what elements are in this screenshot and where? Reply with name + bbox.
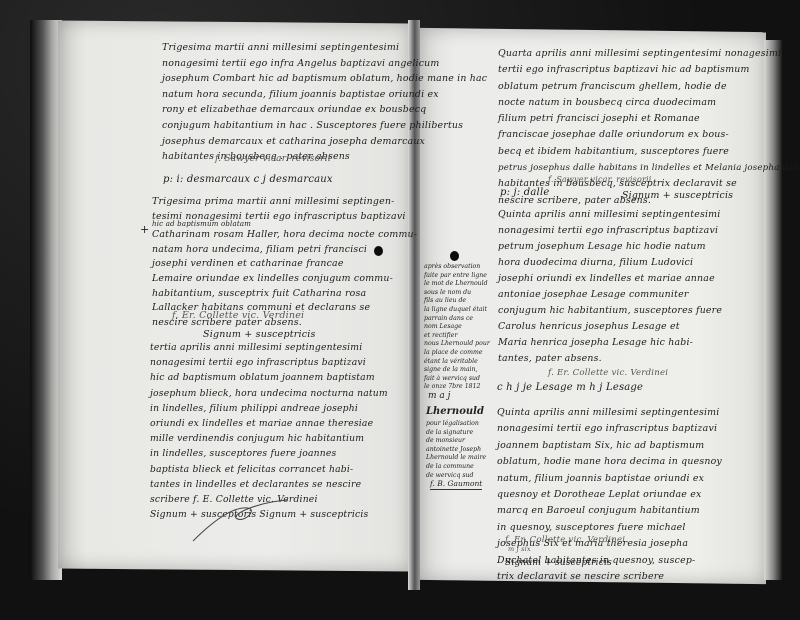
signature: f. Sawyer vicar. revisorii bbox=[548, 172, 652, 188]
note-line: antoinette Joseph bbox=[426, 446, 486, 455]
signature: f. Er. Collette vic. Verdinei bbox=[172, 308, 304, 324]
margin-initials: m a j bbox=[428, 390, 450, 403]
entry-line: Trigesima prima martii anni millesimi se… bbox=[152, 195, 417, 210]
entry-line: nonagesimi tertii ego infra Angelus bapt… bbox=[162, 56, 487, 72]
entry-line: in lindelles, filium philippi andreae jo… bbox=[150, 401, 388, 416]
note-line: et rectifier bbox=[424, 332, 490, 341]
ink-blot bbox=[374, 246, 383, 256]
entry-line: hic ad baptismum oblatum joannem baptist… bbox=[150, 370, 388, 385]
note-line: la ligne duquel était bbox=[424, 306, 490, 315]
entry-line: natum, filium joannis baptistae oriundi … bbox=[497, 471, 722, 487]
note-line: faite par entre ligne bbox=[424, 272, 490, 281]
entry-line: tantes, pater absens. bbox=[498, 351, 722, 367]
note-line: parrain dans ce bbox=[424, 315, 490, 324]
entry-line: natum hora secunda, filium joannis bapti… bbox=[162, 87, 487, 103]
entry-line: filium petri francisci josephi et Romana… bbox=[498, 111, 800, 127]
entry-line: nocte natum in bousbecq circa duodecimam bbox=[498, 95, 800, 111]
entry-line: joannem baptistam Six, hic ad baptismum bbox=[497, 438, 722, 454]
entry-line: habitantium, susceptrix fuit Catharina r… bbox=[152, 287, 417, 302]
note-line: Lhernould le maire bbox=[426, 454, 486, 463]
entry-line: baptista blieck et felicitas corrancet h… bbox=[150, 462, 388, 477]
entry-line: josephum blieck, hora undecima nocturna … bbox=[150, 386, 388, 401]
note-line: la place de comme bbox=[424, 349, 490, 358]
entry-line: Quarta aprilis anni millesimi septingent… bbox=[498, 46, 800, 62]
sign-note: Signum + susceptricis bbox=[622, 188, 733, 204]
note-line: fils au lieu de bbox=[424, 297, 490, 306]
entry-line: josephum Combart hic ad baptismum oblatu… bbox=[162, 71, 487, 87]
entry-line: franciscae josephae dalle oriundorum ex … bbox=[498, 127, 800, 143]
entry-line: Lemaire oriundae ex lindelles conjugum c… bbox=[152, 272, 417, 287]
margin-annotation: après observation faite par entre ligne … bbox=[424, 263, 490, 392]
note-line: le mot de Lhernould bbox=[424, 280, 490, 289]
margin-signature: f. B. Gaumont bbox=[430, 480, 482, 490]
entry-line: nonagesimi tertii ego infrascriptus bapt… bbox=[497, 421, 722, 437]
entry-line: oblatum, hodie mane hora decima in quesn… bbox=[497, 454, 722, 470]
entry-line: Carolus henricus josephus Lesage et bbox=[498, 319, 722, 335]
margin-annotation-2: pour légalisation de la signature de mon… bbox=[426, 420, 486, 480]
entry-line: Quinta aprilis anni millesimi septingent… bbox=[497, 405, 722, 421]
entry-line: oblatum petrum franciscum ghellem, hodie… bbox=[498, 79, 800, 95]
entry-line: tantes in lindelles et declarantes se ne… bbox=[150, 477, 388, 492]
sub-signatures: c h j je Lesage m h j Lesage bbox=[497, 380, 643, 396]
entry-line: hora duodecima diurna, filium Ludovici bbox=[498, 255, 722, 271]
entry-line: oriundi ex lindelles et mariae annae the… bbox=[150, 416, 388, 431]
pen-flourish-icon bbox=[188, 496, 298, 546]
note-line: de la commune bbox=[426, 463, 486, 472]
note-line: fait à wervicq sud bbox=[424, 375, 490, 384]
entry-line: tertii ego infrascriptus baptizavi hic a… bbox=[498, 62, 800, 78]
note-line: nous Lhernould pour bbox=[424, 340, 490, 349]
entry-line: Quinta aprilis anni millesimi septingent… bbox=[498, 207, 722, 223]
entry-heading: p: j: dalle bbox=[500, 185, 549, 201]
margin-name: Lhernould bbox=[426, 405, 484, 418]
entry-line: rony et elizabethae demarcaux oriundae e… bbox=[162, 102, 487, 118]
note-line: signe de la main, bbox=[424, 366, 490, 375]
right-entry-2: Quinta aprilis anni millesimi septingent… bbox=[498, 207, 722, 367]
entry-line: josephus demarcaux et catharina josepha … bbox=[162, 134, 487, 150]
margin-mark: + bbox=[140, 222, 149, 238]
note-line: après observation bbox=[424, 263, 490, 272]
note-line: nom Lesage bbox=[424, 323, 490, 332]
entry-line: conjugum hic habitantium, susceptores fu… bbox=[498, 303, 722, 319]
entry-line: nonagesimi tertii ego infrascriptus bapt… bbox=[498, 223, 722, 239]
sign-note: Signum + susceptricis bbox=[505, 556, 612, 572]
entry-line: in lindelles, susceptores fuere joannes bbox=[150, 446, 388, 461]
entry-line: antoniae josephae Lesage communiter bbox=[498, 287, 722, 303]
entry-heading: p: i: desmarcaux c j desmarcaux bbox=[163, 172, 333, 188]
entry-line: mille verdinendis conjugum hic habitanti… bbox=[150, 431, 388, 446]
entry-line: becq et ibidem habitantium, susceptores … bbox=[498, 144, 800, 160]
entry-line: tertia aprilis anni millesimi septingent… bbox=[150, 340, 388, 355]
entry-line: Maria henrica josepha Lesage hic habi- bbox=[498, 335, 722, 351]
note-line: de monsieur bbox=[426, 437, 486, 446]
entry-line: josephi verdinen et catharinae francae bbox=[152, 257, 417, 272]
entry-line: marcq en Baroeul conjugum habitantium bbox=[497, 503, 722, 519]
entry-line: nonagesimi tertii ego infrascriptus bapt… bbox=[150, 355, 388, 370]
ink-blot bbox=[450, 251, 459, 261]
note-line: de la signature bbox=[426, 429, 486, 438]
signature: f. Sawyer vicar. revisorii bbox=[215, 152, 331, 168]
note-line: étant la véritable bbox=[424, 358, 490, 367]
entry-line: Catharinam rosam Haller, hora decima noc… bbox=[152, 228, 417, 243]
entry-line: josephi oriundi ex lindelles et mariae a… bbox=[498, 271, 722, 287]
note-line: sous le nom du bbox=[424, 289, 490, 298]
entry-line: petrum josephum Lesage hic hodie natum bbox=[498, 239, 722, 255]
entry-line: conjugum habitantium in hac . Susceptore… bbox=[162, 118, 487, 134]
note-line: pour légalisation bbox=[426, 420, 486, 429]
entry-line: Trigesima martii anni millesimi septinge… bbox=[162, 40, 487, 56]
entry-line: quesnoy et Dorotheae Leplat oriundae ex bbox=[497, 487, 722, 503]
left-entry-1: Trigesima martii anni millesimi septinge… bbox=[162, 40, 487, 165]
